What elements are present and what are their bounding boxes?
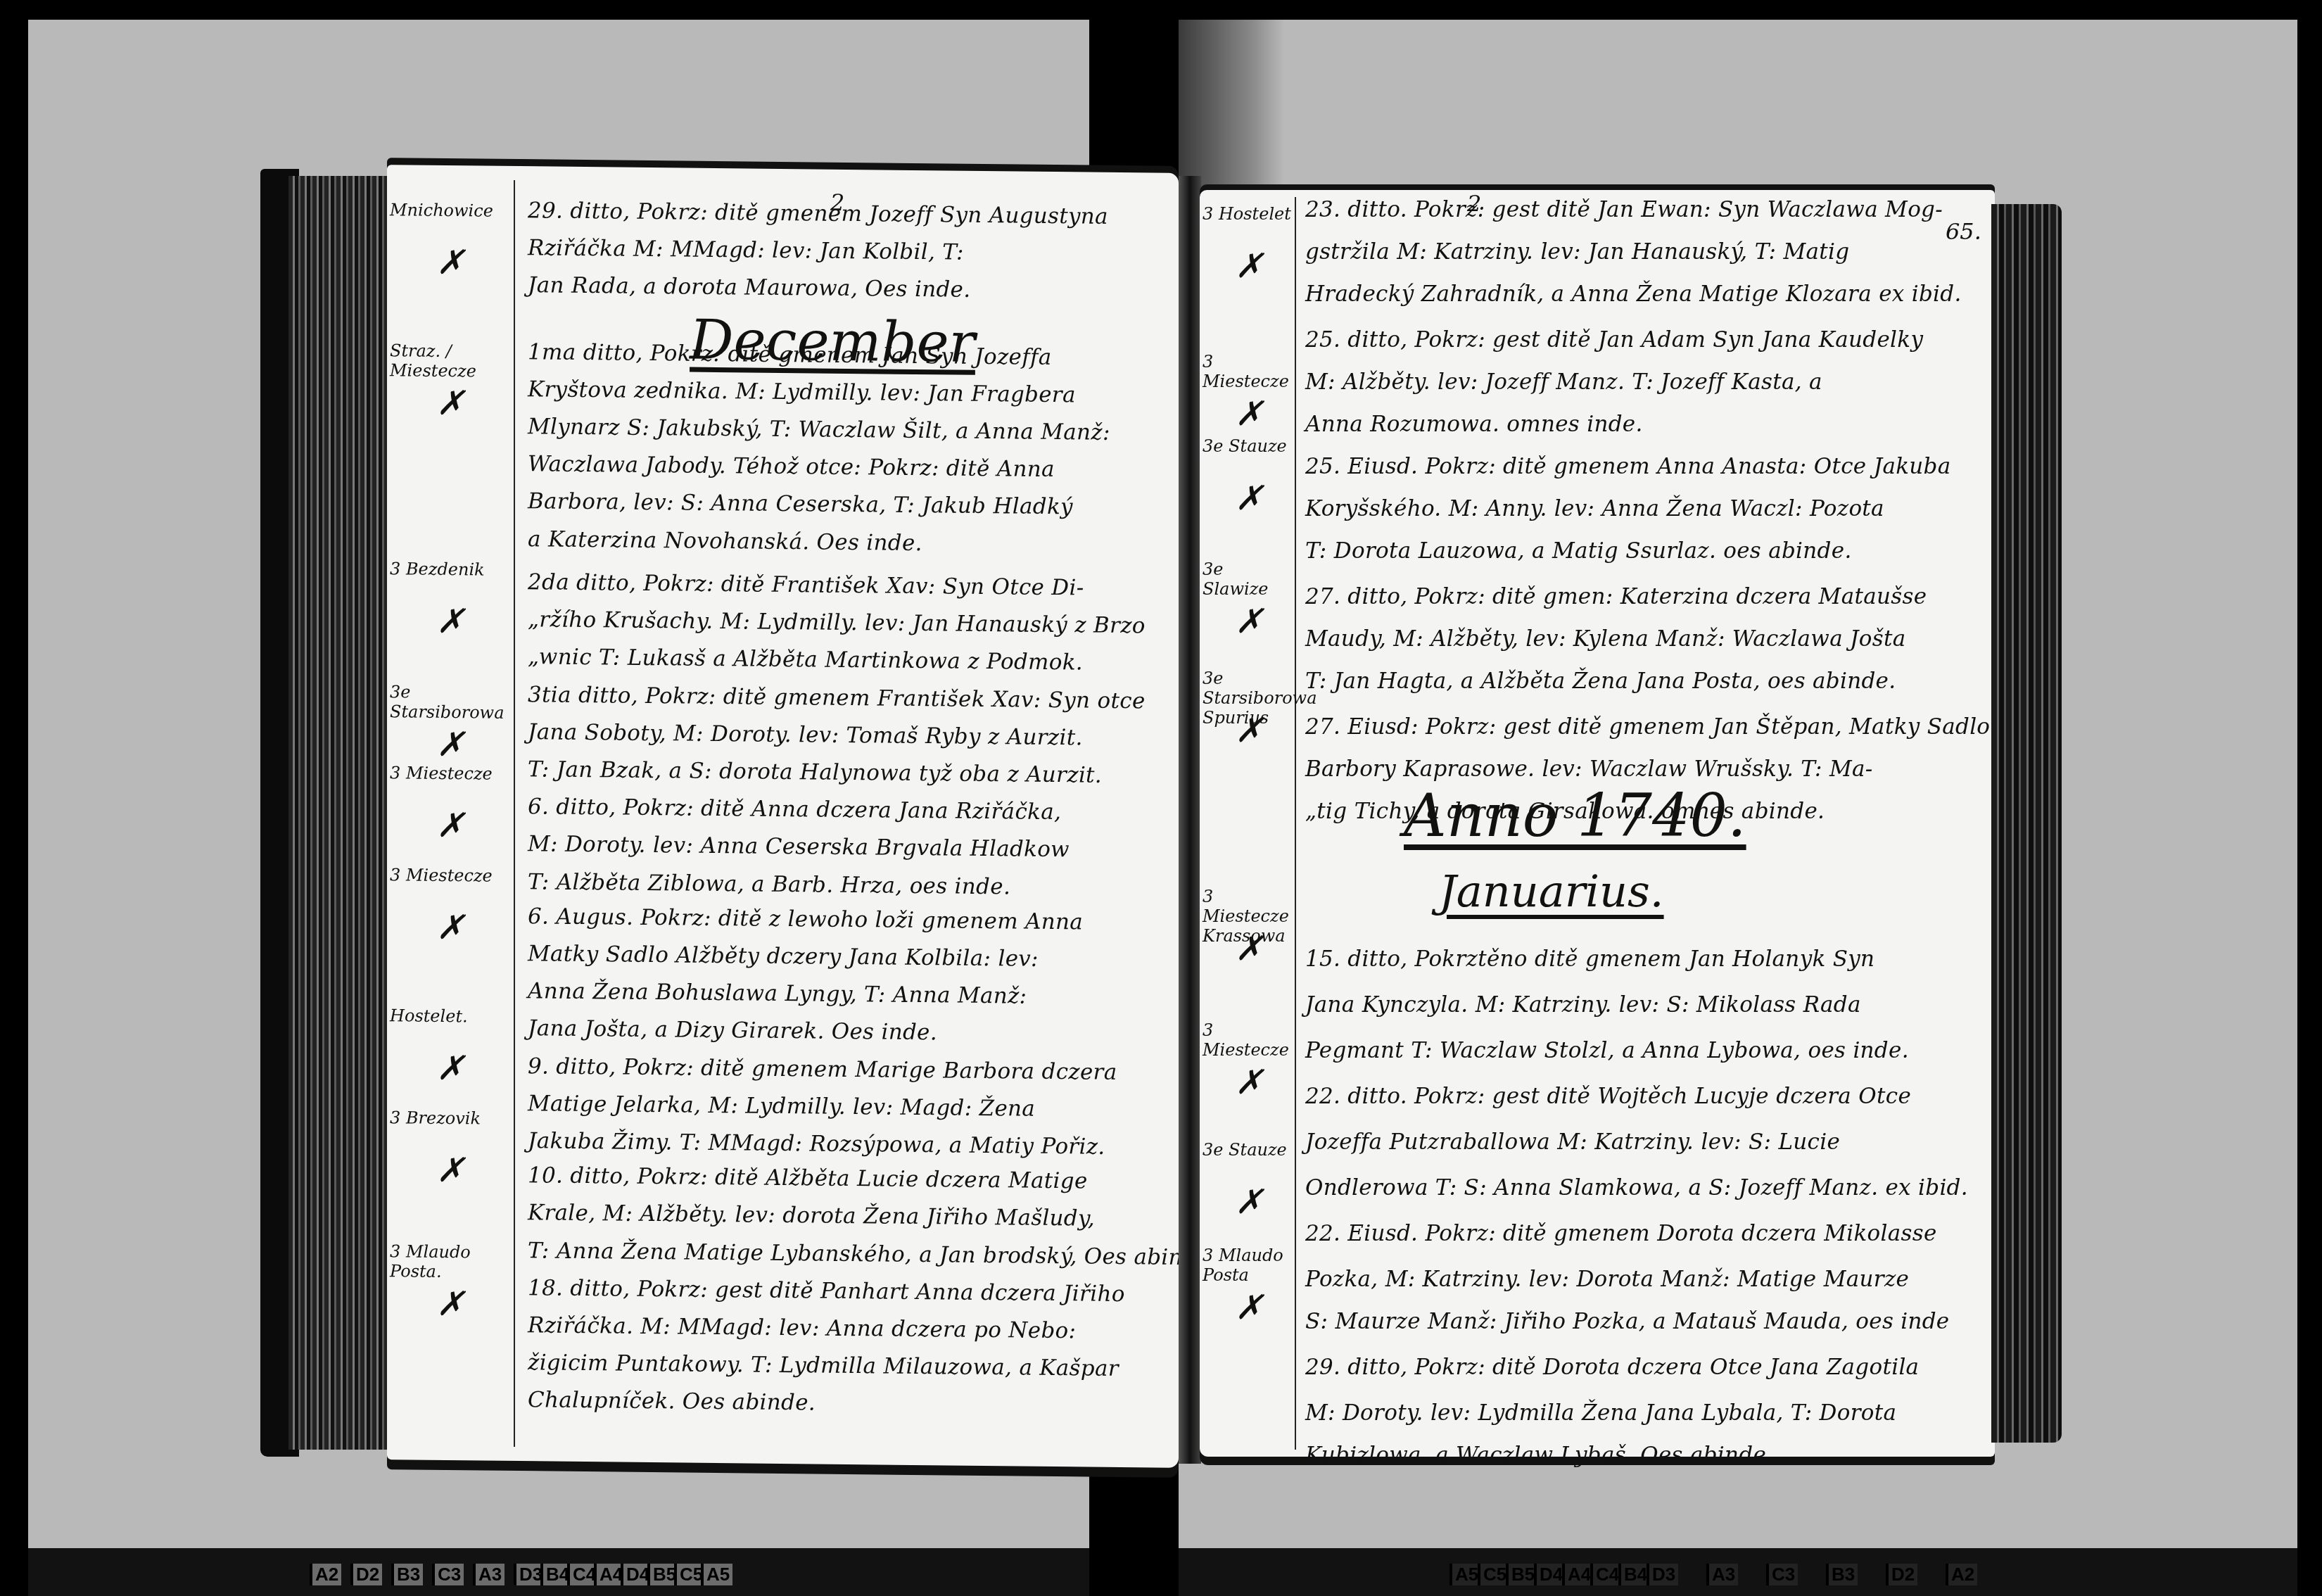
film-frame-label: B3 bbox=[1826, 1564, 1858, 1585]
register-line: Matige Jelarka, M: Lydmilly. lev: Magd: … bbox=[528, 1091, 1035, 1122]
register-line: Ondlerowa T: S: Anna Slamkowa, a S: Joze… bbox=[1305, 1175, 1968, 1201]
register-line: „wnic T: Lukasš a Alžběta Martinkowa z P… bbox=[528, 644, 1083, 675]
register-line: 18. ditto, Pokrz: gest ditě Panhart Anna… bbox=[528, 1275, 1125, 1307]
register-line: 9. ditto, Pokrz: ditě gmenem Marige Barb… bbox=[528, 1053, 1117, 1085]
register-line: „ržího Krušachy. M: Lydmilly. lev: Jan H… bbox=[528, 607, 1146, 638]
register-line: 27. Eiusd: Pokrz: gest ditě gmenem Jan Š… bbox=[1305, 714, 1990, 740]
margin-village-note: 3 Bezdenik bbox=[390, 559, 509, 580]
page-edges-right bbox=[1991, 204, 2062, 1443]
register-line: 22. ditto. Pokrz: gest ditě Wojtěch Lucy… bbox=[1305, 1084, 1911, 1109]
film-frame-label: B5 bbox=[1506, 1564, 1537, 1585]
margin-village-note: 3 Miestecze bbox=[390, 763, 509, 784]
film-frame-label: A4 bbox=[1562, 1564, 1594, 1585]
register-line: 22. Eiusd. Pokrz: ditě gmenem Dorota dcz… bbox=[1305, 1221, 1937, 1246]
register-line: Jozeffa Putzraballowa M: Katrziny. lev: … bbox=[1305, 1129, 1840, 1155]
register-line: Anna Žena Bohuslawa Lyngy, T: Anna Manž: bbox=[528, 978, 1027, 1008]
film-frame-label: D3 bbox=[1647, 1564, 1678, 1585]
cross-mark-icon: ✗ bbox=[436, 1151, 464, 1190]
film-frame-label: A2 bbox=[1946, 1564, 1977, 1585]
register-line: Pegmant T: Waczlaw Stolzl, a Anna Lybowa… bbox=[1305, 1038, 1909, 1063]
cross-mark-icon: ✗ bbox=[436, 1284, 464, 1324]
film-frame-label: C3 bbox=[432, 1564, 464, 1585]
margin-village-note: 3 Miestecze bbox=[1203, 352, 1293, 391]
register-line: Barbory Kaprasowe. lev: Waczlaw Wrušsky.… bbox=[1305, 756, 1873, 782]
cross-mark-icon: ✗ bbox=[1235, 929, 1263, 968]
register-line: Waczlawa Jabody. Téhož otce: Pokrz: ditě… bbox=[528, 451, 1055, 482]
register-line: 29. ditto, Pokrz: ditě Dorota dczera Otc… bbox=[1305, 1355, 1919, 1380]
register-line: žigicim Puntakowy. T: Lydmilla Milauzowa… bbox=[528, 1350, 1119, 1381]
register-line: Krale, M: Alžběty. lev: dorota Žena Jiři… bbox=[528, 1200, 1095, 1231]
margin-village-note: 3 Mlaudo Posta bbox=[1203, 1246, 1293, 1285]
film-frame-label: A3 bbox=[1706, 1564, 1738, 1585]
register-line: Jan Rada, a dorota Maurowa, Oes inde. bbox=[528, 272, 970, 303]
register-line: M: Alžběty. lev: Jozeff Manz. T: Jozeff … bbox=[1305, 369, 1822, 395]
film-frame-label: B3 bbox=[391, 1564, 423, 1585]
film-frame-label: A2 bbox=[310, 1564, 341, 1585]
cross-mark-icon: ✗ bbox=[1235, 602, 1263, 641]
register-line: Mlynarz S: Jakubský, T: Waczlaw Šilt, a … bbox=[528, 414, 1110, 445]
register-line: T: Jan Hagta, a Alžběta Žena Jana Posta,… bbox=[1305, 669, 1896, 694]
left-page: 2 December Mnichowice✗Straz. / Miestecze… bbox=[387, 165, 1179, 1468]
register-line: 25. ditto, Pokrz: gest ditě Jan Adam Syn… bbox=[1305, 327, 1923, 353]
register-line: Jana Kynczyla. M: Katrziny. lev: S: Miko… bbox=[1305, 992, 1861, 1018]
register-line: Hradecký Zahradník, a Anna Žena Matige K… bbox=[1305, 281, 1962, 307]
margin-village-note: Hostelet. bbox=[390, 1006, 509, 1027]
margin-village-note: 3 Miestecze bbox=[1203, 1020, 1293, 1060]
margin-village-note: Mnichowice bbox=[390, 200, 509, 221]
film-frame-label: D2 bbox=[350, 1564, 382, 1585]
register-line: M: Doroty. lev: Lydmilla Žena Jana Lybal… bbox=[1305, 1400, 1896, 1426]
register-line: Jana Jošta, a Dizy Girarek. Oes inde. bbox=[528, 1015, 937, 1045]
register-line: gstržila M: Katrziny. lev: Jan Hanauský,… bbox=[1305, 239, 1849, 265]
register-line: Matky Sadlo Alžběty dczery Jana Kolbila:… bbox=[528, 941, 1039, 972]
cross-mark-icon: ✗ bbox=[1235, 394, 1263, 433]
register-line: 10. ditto, Pokrz: ditě Alžběta Lucie dcz… bbox=[528, 1163, 1088, 1193]
margin-village-note: 3e Slawize bbox=[1203, 559, 1293, 599]
cross-mark-icon: ✗ bbox=[1235, 711, 1263, 750]
right-page: 2 65. Anno 1740. Januarius. 3 Hostelet✗3… bbox=[1200, 190, 1995, 1457]
margin-village-note: 3e Stauze bbox=[1203, 1140, 1293, 1160]
margin-village-note: 3e Stauze bbox=[1203, 436, 1293, 456]
cross-mark-icon: ✗ bbox=[1235, 479, 1263, 518]
register-line: 1ma ditto, Pokrz: ditě gmenem Jan Syn Jo… bbox=[528, 339, 1052, 370]
register-line: Barbora, lev: S: Anna Ceserska, T: Jakub… bbox=[528, 488, 1073, 519]
register-line: 6. ditto, Pokrz: ditě Anna dczera Jana R… bbox=[528, 794, 1061, 825]
register-line: T: Alžběta Ziblowa, a Barb. Hrza, oes in… bbox=[528, 869, 1010, 899]
margin-village-note: 3 Hostelet bbox=[1203, 204, 1293, 224]
cross-mark-icon: ✗ bbox=[436, 1049, 464, 1088]
cross-mark-icon: ✗ bbox=[1235, 246, 1263, 286]
cross-mark-icon: ✗ bbox=[436, 725, 464, 764]
margin-village-note: 3e Starsiborowa bbox=[390, 682, 509, 723]
film-frame-label: A5 bbox=[1449, 1564, 1481, 1585]
margin-rule-right bbox=[1295, 197, 1296, 1450]
cross-mark-icon: ✗ bbox=[436, 602, 464, 641]
register-line: Pozka, M: Katrziny. lev: Dorota Manž: Ma… bbox=[1305, 1267, 1909, 1292]
register-line: M: Doroty. lev: Anna Ceserska Brgvala Hl… bbox=[528, 831, 1070, 862]
register-line: 15. ditto, Pokrztěno ditě gmenem Jan Hol… bbox=[1305, 946, 1874, 972]
register-line: 2da ditto, Pokrz: ditě František Xav: Sy… bbox=[528, 569, 1084, 600]
cross-mark-icon: ✗ bbox=[436, 806, 464, 845]
cross-mark-icon: ✗ bbox=[436, 908, 464, 947]
cross-mark-icon: ✗ bbox=[436, 243, 464, 282]
book-spine bbox=[1179, 176, 1201, 1464]
register-line: Maudy, M: Alžběty, lev: Kylena Manž: Wac… bbox=[1305, 626, 1906, 652]
cross-mark-icon: ✗ bbox=[1235, 1063, 1263, 1102]
film-frame-label: A5 bbox=[701, 1564, 732, 1585]
register-line: 3tia ditto, Pokrz: ditě gmenem František… bbox=[528, 682, 1146, 714]
film-frame-label: C4 bbox=[1590, 1564, 1622, 1585]
register-line: 27. ditto, Pokrz: ditě gmen: Katerzina d… bbox=[1305, 584, 1927, 609]
margin-village-note: 3 Mlaudo Posta. bbox=[390, 1241, 509, 1282]
cross-mark-icon: ✗ bbox=[436, 384, 464, 423]
register-line: Kryštova zednika. M: Lydmilly. lev: Jan … bbox=[528, 376, 1076, 407]
register-line: 23. ditto. Pokrz: gest ditě Jan Ewan: Sy… bbox=[1305, 197, 1943, 222]
register-line: Kubizlowa, a Waczlaw Lybaš. Oes abinde. bbox=[1305, 1443, 1773, 1468]
margin-village-note: Straz. / Miestecze bbox=[390, 341, 509, 381]
film-frame-label: A3 bbox=[473, 1564, 505, 1585]
film-frame-label: C5 bbox=[1478, 1564, 1509, 1585]
register-line: 6. Augus. Pokrz: ditě z lewoho loži gmen… bbox=[528, 904, 1083, 935]
page-edges-left bbox=[288, 176, 391, 1450]
film-frame-label: D2 bbox=[1886, 1564, 1917, 1585]
register-line: T: Dorota Lauzowa, a Matig Ssurlaz. oes … bbox=[1305, 538, 1852, 564]
register-line: Rziřáčka. M: MMagd: lev: Anna dczera po … bbox=[528, 1312, 1076, 1343]
cross-mark-icon: ✗ bbox=[1235, 1182, 1263, 1222]
margin-village-note: 3 Brezovik bbox=[390, 1108, 509, 1129]
cross-mark-icon: ✗ bbox=[1235, 1288, 1263, 1327]
film-frame-label: D4 bbox=[1534, 1564, 1566, 1585]
register-line: S: Maurze Manž: Jiřiho Pozka, a Matauš M… bbox=[1305, 1309, 1950, 1334]
register-line: Rziřáčka M: MMagd: lev: Jan Kolbil, T: bbox=[528, 235, 964, 265]
margin-village-note: 3 Miestecze bbox=[390, 865, 509, 886]
register-line: a Katerzina Novohanská. Oes inde. bbox=[528, 526, 922, 556]
film-frame-label: B4 bbox=[1618, 1564, 1650, 1585]
register-line: „tig Tichy, a dorota Girsakowa. omnes ab… bbox=[1305, 799, 1825, 824]
register-line: Koryšského. M: Anny. lev: Anna Žena Wacz… bbox=[1305, 496, 1884, 521]
register-line: Chalupníček. Oes abinde. bbox=[528, 1387, 816, 1415]
register-line: T: Jan Bzak, a S: dorota Halynowa tyž ob… bbox=[528, 756, 1102, 788]
register-line: 29. ditto, Pokrz: ditě gmenem Jozeff Syn… bbox=[528, 198, 1108, 229]
page-number: 65. bbox=[1946, 218, 1981, 245]
register-line: Jana Soboty, M: Doroty. lev: Tomaš Ryby … bbox=[528, 719, 1083, 750]
month-heading-januarius: Januarius. bbox=[1439, 866, 1664, 917]
register-line: Anna Rozumowa. omnes inde. bbox=[1305, 412, 1643, 437]
register-line: Jakuba Žimy. T: MMagd: Rozsýpowa, a Mati… bbox=[528, 1128, 1105, 1160]
margin-rule-left bbox=[514, 180, 515, 1447]
film-frame-label: C3 bbox=[1766, 1564, 1798, 1585]
register-line: 25. Eiusd. Pokrz: ditě gmenem Anna Anast… bbox=[1305, 454, 1950, 479]
register-line: T: Anna Žena Matige Lybanského, a Jan br… bbox=[528, 1238, 1217, 1270]
